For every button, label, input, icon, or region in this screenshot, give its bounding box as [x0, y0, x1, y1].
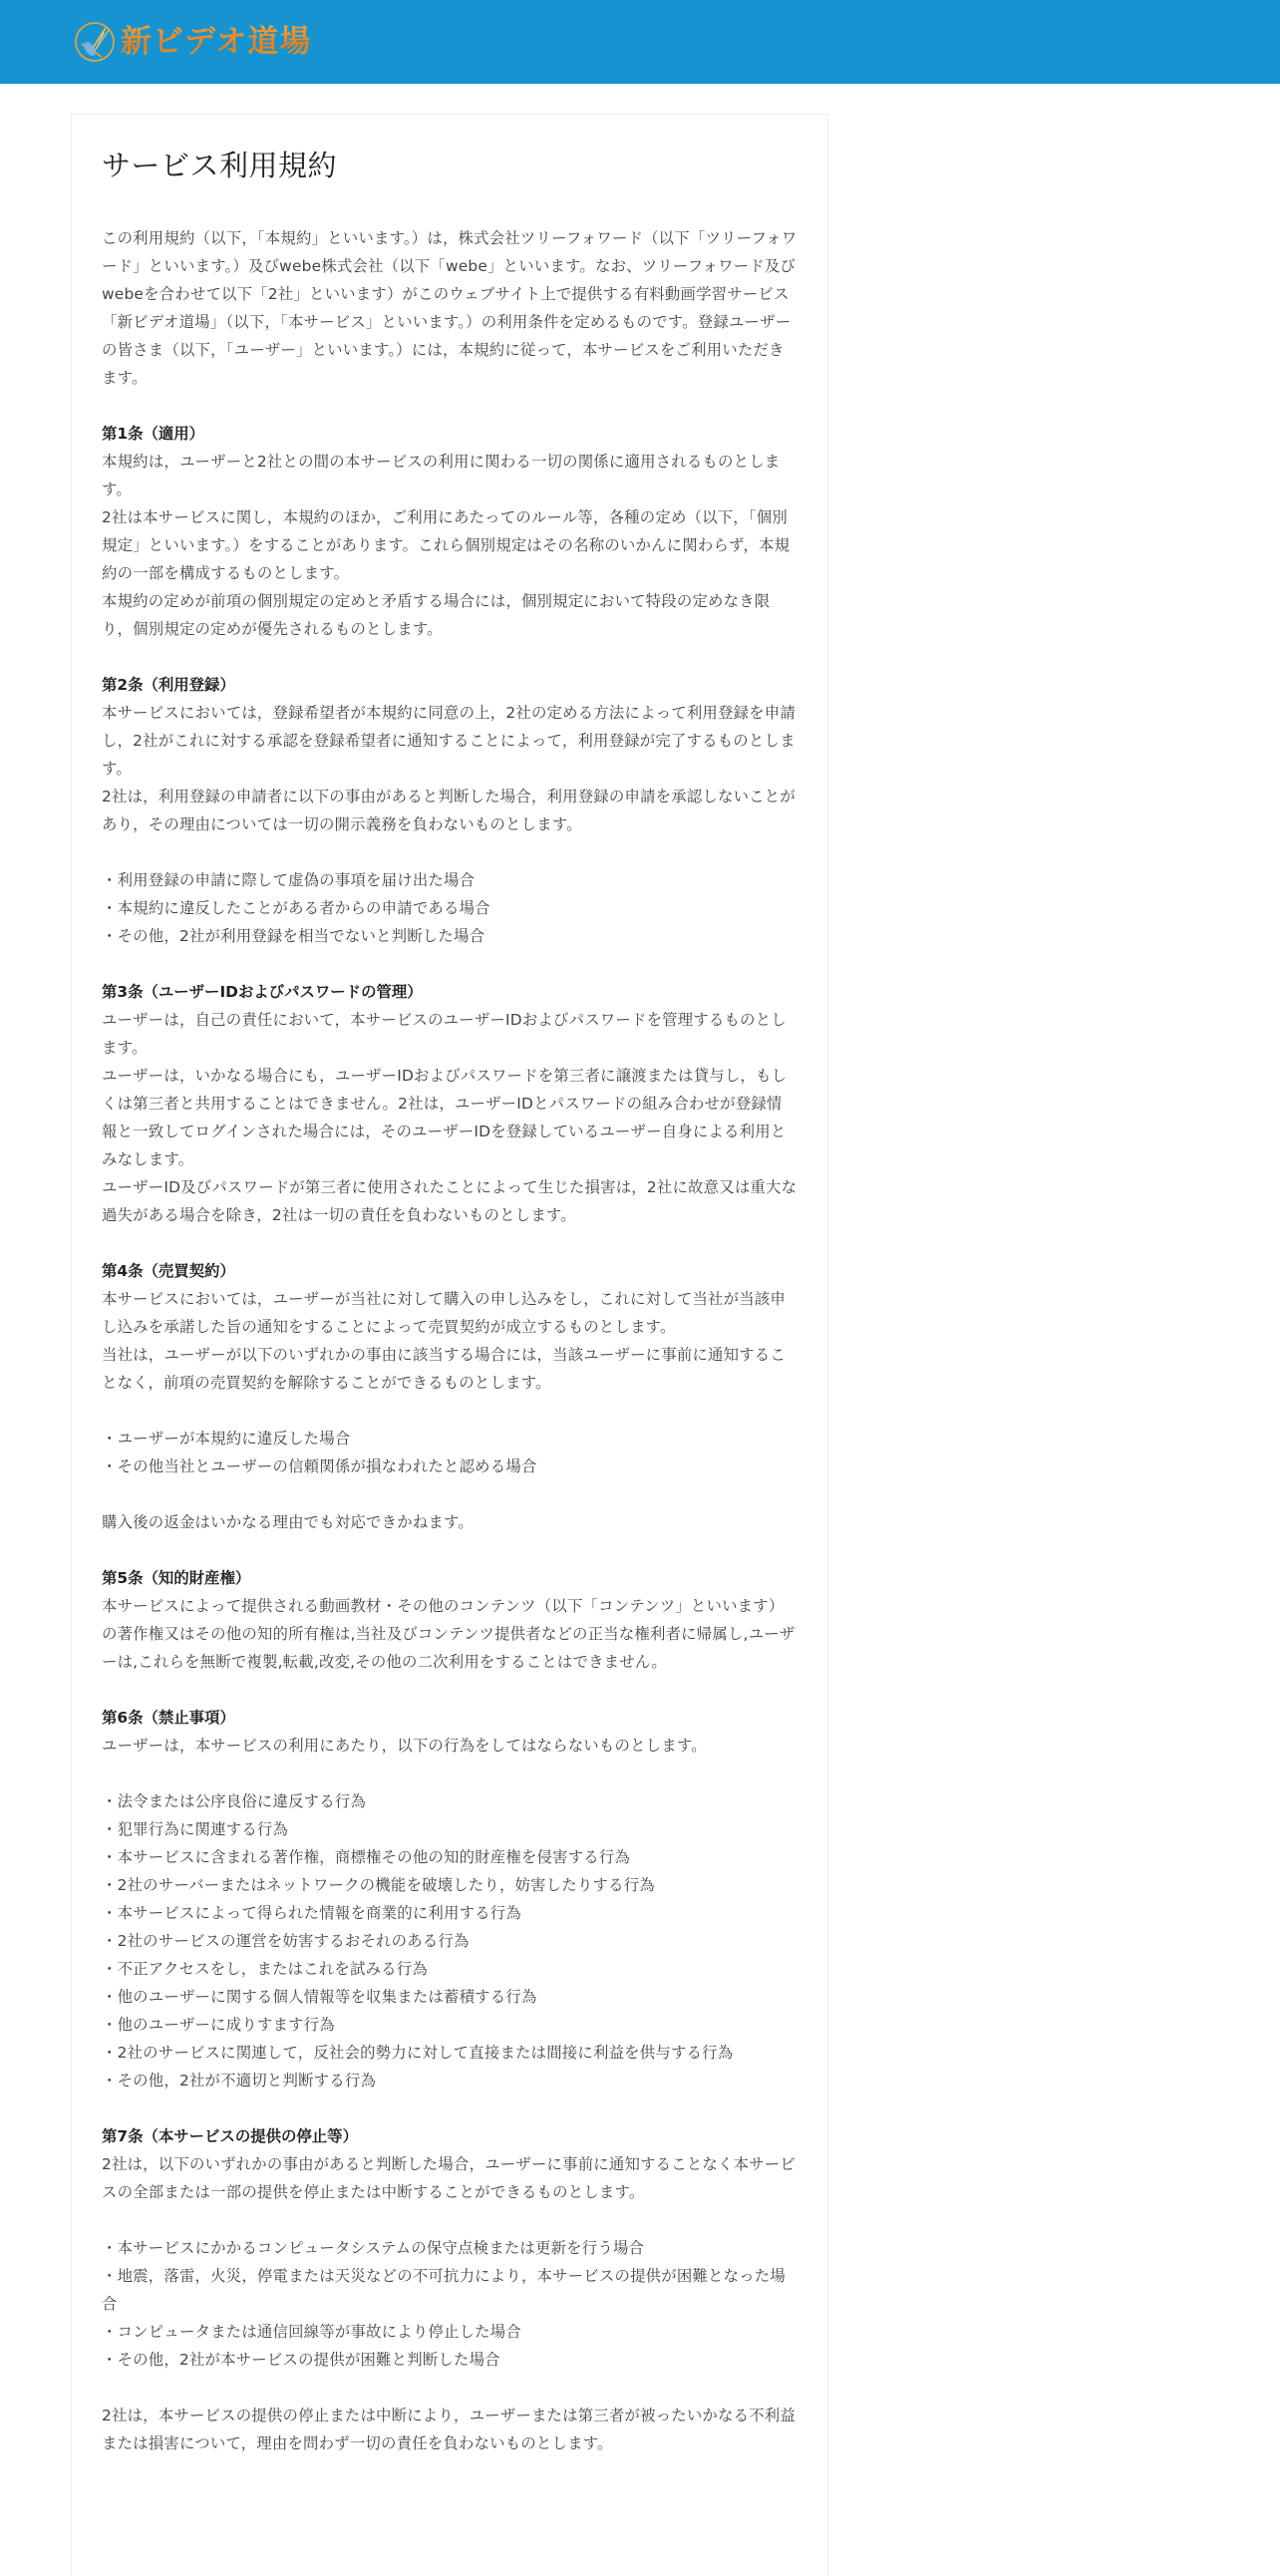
article-paragraph: 2社は本サービスに関し，本規約のほか，ご利用にあたってのルール等，各種の定め（以… [102, 503, 798, 587]
article-2: 第2条（利用登録） 本サービスにおいては，登録希望者が本規約に同意の上，2社の定… [102, 671, 798, 950]
article-title: 第1条（適用） [102, 420, 798, 448]
article-paragraph: 本サービスによって提供される動画教材・その他のコンテンツ（以下「コンテンツ」とい… [102, 1592, 798, 1676]
article-4: 第4条（売買契約） 本サービスにおいては，ユーザーが当社に対して購入の申し込みを… [102, 1257, 798, 1536]
list-item: ・本規約に違反したことがある者からの申請である場合 [102, 894, 798, 922]
article-title: 第4条（売買契約） [102, 1257, 798, 1285]
list-item: ・2社のサービスに関連して，反社会的勢力に対して直接または間接に利益を供与する行… [102, 2039, 798, 2067]
article-6: 第6条（禁止事項） ユーザーは，本サービスの利用にあたり，以下の行為をしてはなら… [102, 1704, 798, 2094]
article-title: 第3条（ユーザーIDおよびパスワードの管理） [102, 978, 798, 1006]
article-5: 第5条（知的財産権） 本サービスによって提供される動画教材・その他のコンテンツ（… [102, 1564, 798, 1676]
bullet-list: ・法令または公序良俗に違反する行為 ・犯罪行為に関連する行為 ・本サービスに含ま… [102, 1787, 798, 2094]
list-item: ・本サービスに含まれる著作権，商標権その他の知的財産権を侵害する行為 [102, 1843, 798, 1871]
list-item: ・その他，2社が利用登録を相当でないと判断した場合 [102, 922, 798, 950]
list-item: ・地震，落雷，火災，停電または天災などの不可抗力により，本サービスの提供が困難と… [102, 2262, 798, 2318]
list-item: ・利用登録の申請に際して虚偽の事項を届け出た場合 [102, 866, 798, 894]
article-paragraph: 本サービスにおいては，ユーザーが当社に対して購入の申し込みをし，これに対して当社… [102, 1285, 798, 1341]
site-logo[interactable]: 新ビデオ道場 [73, 18, 311, 66]
list-item: ・2社のサーバーまたはネットワークの機能を破壊したり，妨害したりする行為 [102, 1871, 798, 1899]
bullet-list: ・ユーザーが本規約に違反した場合 ・その他当社とユーザーの信頼関係が損なわれたと… [102, 1425, 798, 1480]
logo-text: 新ビデオ道場 [121, 20, 311, 64]
article-paragraph: 当社は，ユーザーが以下のいずれかの事由に該当する場合には，当該ユーザーに事前に通… [102, 1341, 798, 1397]
list-item: ・ユーザーが本規約に違反した場合 [102, 1425, 798, 1452]
bullet-list: ・利用登録の申請に際して虚偽の事項を届け出た場合 ・本規約に違反したことがある者… [102, 866, 798, 950]
article-closing: 2社は，本サービスの提供の停止または中断により，ユーザーまたは第三者が被ったいか… [102, 2402, 798, 2457]
list-item: ・犯罪行為に関連する行為 [102, 1815, 798, 1843]
article-3: 第3条（ユーザーIDおよびパスワードの管理） ユーザーは，自己の責任において，本… [102, 978, 798, 1229]
article-title: 第2条（利用登録） [102, 671, 798, 699]
article-7: 第7条（本サービスの提供の停止等） 2社は，以下のいずれかの事由があると判断した… [102, 2122, 798, 2457]
article-title: 第7条（本サービスの提供の停止等） [102, 2122, 798, 2150]
intro-paragraph: この利用規約（以下，「本規約」といいます。）は，株式会社ツリーフォワード（以下「… [102, 224, 798, 392]
list-item: ・他のユーザーに関する個人情報等を収集または蓄積する行為 [102, 1983, 798, 2011]
article-closing: 購入後の返金はいかなる理由でも対応できかねます。 [102, 1508, 798, 1536]
article-1: 第1条（適用） 本規約は，ユーザーと2社との間の本サービスの利用に関わる一切の関… [102, 420, 798, 643]
bullet-list: ・本サービスにかかるコンピュータシステムの保守点検または更新を行う場合 ・地震，… [102, 2234, 798, 2374]
list-item: ・本サービスによって得られた情報を商業的に利用する行為 [102, 1899, 798, 1927]
list-item: ・コンピュータまたは通信回線等が事故により停止した場合 [102, 2318, 798, 2346]
list-item: ・その他当社とユーザーの信頼関係が損なわれたと認める場合 [102, 1452, 798, 1480]
article-paragraph: 本規約は，ユーザーと2社との間の本サービスの利用に関わる一切の関係に適用されるも… [102, 448, 798, 503]
list-item: ・法令または公序良俗に違反する行為 [102, 1787, 798, 1815]
list-item: ・不正アクセスをし，またはこれを試みる行為 [102, 1955, 798, 1983]
article-paragraph: 本サービスにおいては，登録希望者が本規約に同意の上，2社の定める方法によって利用… [102, 699, 798, 783]
article-paragraph: 2社は，以下のいずれかの事由があると判断した場合，ユーザーに事前に通知することな… [102, 2150, 798, 2206]
terms-card: サービス利用規約 この利用規約（以下，「本規約」といいます。）は，株式会社ツリー… [71, 114, 828, 2560]
article-paragraph: ユーザーは，いかなる場合にも，ユーザーIDおよびパスワードを第三者に譲渡または貸… [102, 1062, 798, 1173]
list-item: ・その他，2社が本サービスの提供が困難と判断した場合 [102, 2346, 798, 2374]
article-title: 第5条（知的財産権） [102, 1564, 798, 1592]
article-paragraph: 本規約の定めが前項の個別規定の定めと矛盾する場合には，個別規定において特段の定め… [102, 587, 798, 643]
article-paragraph: ユーザーは，自己の責任において，本サービスのユーザーIDおよびパスワードを管理す… [102, 1006, 798, 1062]
list-item: ・2社のサービスの運営を妨害するおそれのある行為 [102, 1927, 798, 1955]
article-paragraph: 2社は，利用登録の申請者に以下の事由があると判断した場合，利用登録の申請を承認し… [102, 783, 798, 838]
page-title: サービス利用規約 [102, 143, 798, 188]
article-paragraph: ユーザーID及びパスワードが第三者に使用されたことによって生じた損害は，2社に故… [102, 1173, 798, 1229]
site-header: 新ビデオ道場 [0, 0, 1280, 84]
list-item: ・本サービスにかかるコンピュータシステムの保守点検または更新を行う場合 [102, 2234, 798, 2262]
list-item: ・他のユーザーに成りすます行為 [102, 2011, 798, 2039]
article-paragraph: ユーザーは，本サービスの利用にあたり，以下の行為をしてはならないものとします。 [102, 1732, 798, 1760]
list-item: ・その他，2社が不適切と判断する行為 [102, 2067, 798, 2094]
sword-circle-icon [73, 20, 117, 64]
article-title: 第6条（禁止事項） [102, 1704, 798, 1732]
